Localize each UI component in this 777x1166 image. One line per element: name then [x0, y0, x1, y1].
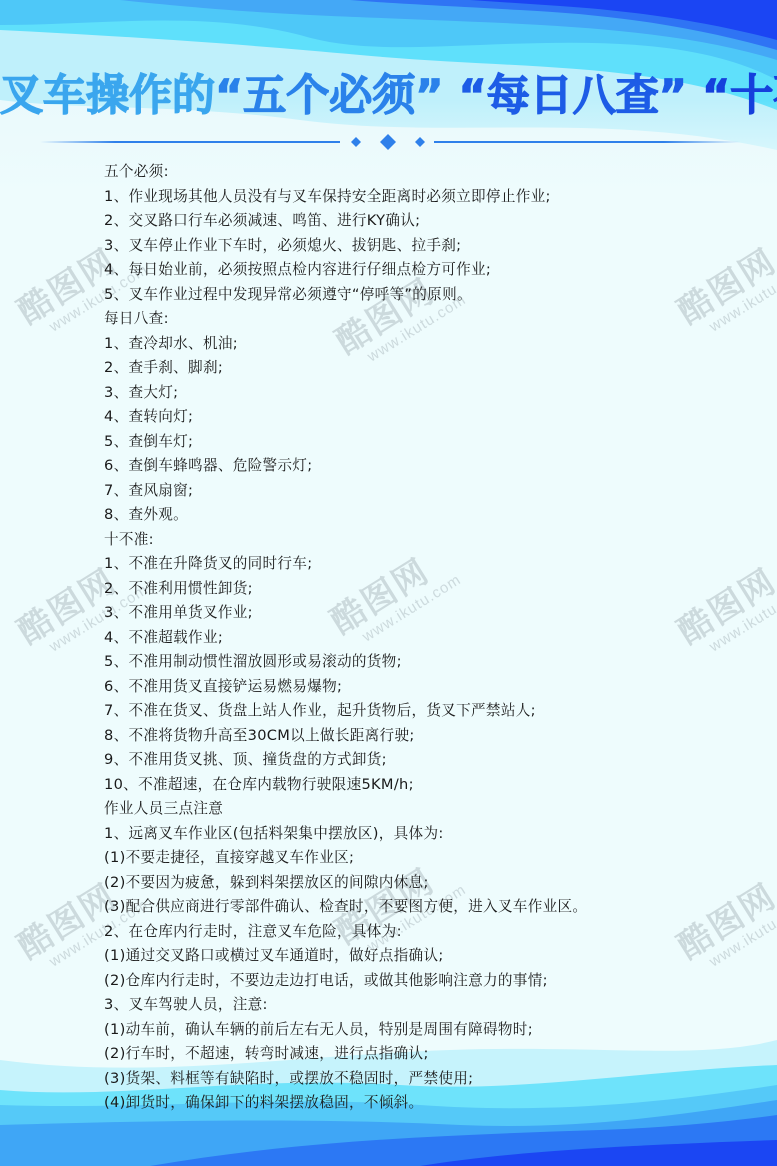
section-heading-three-precautions: 作业人员三点注意 — [104, 797, 754, 822]
daily-check-item: 1、查冷却水、机油; — [104, 332, 754, 357]
five-musts-item: 2、交叉路口行车必须减速、鸣笛、进行KY确认; — [104, 209, 754, 234]
precaution-item: (3)货架、料框等有缺陷时，或摆放不稳固时，严禁使用; — [104, 1067, 754, 1092]
daily-check-item: 6、查倒车蜂鸣器、危险警示灯; — [104, 454, 754, 479]
prohibition-item: 2、不准利用惯性卸货; — [104, 577, 754, 602]
five-musts-item: 5、叉车作业过程中发现异常必须遵守“停呼等”的原则。 — [104, 283, 754, 308]
precaution-item: (1)动车前，确认车辆的前后左右无人员，特别是周围有障碍物时; — [104, 1018, 754, 1043]
daily-check-item: 2、查手刹、脚刹; — [104, 356, 754, 381]
section-heading-daily-eight-checks: 每日八查: — [104, 307, 754, 332]
prohibition-item: 9、不准用货叉挑、顶、撞货盘的方式卸货; — [104, 748, 754, 773]
daily-check-item: 8、查外观。 — [104, 503, 754, 528]
daily-check-item: 7、查风扇窗; — [104, 479, 754, 504]
five-musts-item: 3、叉车停止作业下车时，必须熄火、拔钥匙、拉手刹; — [104, 234, 754, 259]
precaution-item: (2)行车时，不超速，转弯时减速，进行点指确认; — [104, 1042, 754, 1067]
section-heading-ten-prohibitions: 十不准: — [104, 528, 754, 553]
five-musts-item: 4、每日始业前，必须按照点检内容进行仔细点检方可作业; — [104, 258, 754, 283]
prohibition-item: 7、不准在货叉、货盘上站人作业，起升货物后，货叉下严禁站人; — [104, 699, 754, 724]
prohibition-item: 1、不准在升降货叉的同时行车; — [104, 552, 754, 577]
precaution-item: (2)不要因为疲惫，躲到料架摆放区的间隙内休息; — [104, 871, 754, 896]
prohibition-item: 10、不准超速，在仓库内载物行驶限速5KM/h; — [104, 773, 754, 798]
section-heading-five-musts: 五个必须: — [104, 160, 754, 185]
precaution-subheading: 1、远离叉车作业区(包括料架集中摆放区)，具体为: — [104, 822, 754, 847]
daily-check-item: 3、查大灯; — [104, 381, 754, 406]
diamond-small-right-icon — [415, 137, 425, 147]
prohibition-item: 5、不准用制动惯性溜放圆形或易滚动的货物; — [104, 650, 754, 675]
precaution-item: (4)卸货时，确保卸下的料架摆放稳固，不倾斜。 — [104, 1091, 754, 1116]
precaution-subheading: 2、在仓库内行走时，注意叉车危险，具体为: — [104, 920, 754, 945]
prohibition-item: 6、不准用货叉直接铲运易燃易爆物; — [104, 675, 754, 700]
precaution-item: (2)仓库内行走时，不要边走边打电话，或做其他影响注意力的事情; — [104, 969, 754, 994]
prohibition-item: 8、不准将货物升高至30CM以上做长距离行驶; — [104, 724, 754, 749]
precaution-subheading: 3、叉车驾驶人员，注意: — [104, 993, 754, 1018]
precaution-item: (1)不要走捷径，直接穿越叉车作业区; — [104, 846, 754, 871]
title-part-daily-eight-checks: “每日八查” — [459, 71, 688, 121]
title-part-forklift-operation: 叉车操作的 — [0, 71, 215, 121]
daily-check-item: 5、查倒车灯; — [104, 430, 754, 455]
diamond-large-center-icon — [380, 134, 396, 150]
prohibition-item: 3、不准用单货叉作业; — [104, 601, 754, 626]
rules-content: 五个必须: 1、作业现场其他人员没有与叉车保持安全距离时必须立即停止作业; 2、… — [104, 160, 754, 1116]
precaution-item: (1)通过交叉路口或横过叉车通道时，做好点指确认; — [104, 944, 754, 969]
diamond-small-left-icon — [351, 137, 361, 147]
prohibition-item: 4、不准超载作业; — [104, 626, 754, 651]
title-divider — [40, 134, 740, 150]
five-musts-item: 1、作业现场其他人员没有与叉车保持安全距离时必须立即停止作业; — [104, 185, 754, 210]
title-part-five-musts: “五个必须” — [215, 71, 444, 121]
precaution-item: (3)配合供应商进行零部件确认、检查时，不要图方便，进入叉车作业区。 — [104, 895, 754, 920]
daily-check-item: 4、查转向灯; — [104, 405, 754, 430]
poster-title: 叉车操作的“五个必须” “每日八查” “十不准” — [0, 62, 777, 123]
title-part-ten-prohibitions: “十不准” — [702, 71, 777, 121]
